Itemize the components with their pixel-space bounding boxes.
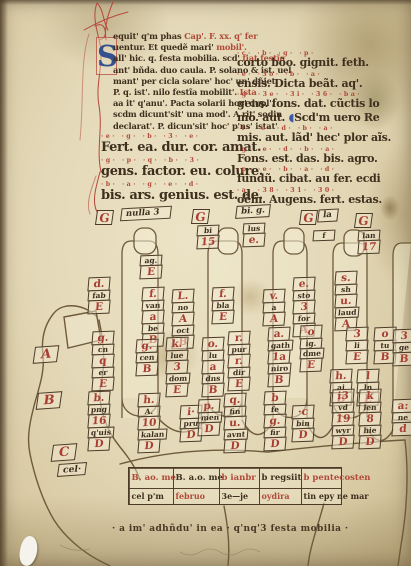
verse-text: ensis. Dicta beãt. aq'. xyxy=(237,78,365,91)
right-text-block: ·c· ·b· ·g· ·p·corto bõo. gignit. feth.·… xyxy=(237,50,365,207)
finger-box-stack: bfeg.firD xyxy=(264,392,286,451)
text-segment: Cap'. F. xx. q' fer xyxy=(184,31,257,41)
gloss-line: ·b· ·a· ·g· ·e· ·d· xyxy=(101,181,235,188)
text-line: scdm dicunt'sit' una mod'. A rit' sodin xyxy=(113,109,235,120)
text-line: mant' per cicla solare' hoc' un' dñiet xyxy=(113,76,235,87)
finger-box: E xyxy=(91,377,114,392)
finger-box: 17 xyxy=(357,240,380,255)
g-letter-box: G xyxy=(354,213,373,228)
finger-box: B xyxy=(392,352,411,367)
finger-box: D xyxy=(197,422,220,437)
finger-box: E xyxy=(139,265,162,280)
finger-box: A xyxy=(262,312,285,327)
verse-line: ·e· ·g· ·b· ·3· ·e·Fert. ea. dur. cor. a… xyxy=(101,133,235,156)
text-segment: all' hic. q. festa mobilia. scd' xyxy=(113,53,242,63)
thumb-letter-box: A xyxy=(33,345,60,364)
text-segment: fundũ. cibat. au fer. ecdi xyxy=(237,172,380,185)
finger-box-stack: oig.dmeE xyxy=(300,326,324,372)
finger-box: D xyxy=(358,435,381,450)
text-segment: mis. aut. lãd' hec' plor aĩs. xyxy=(237,131,391,144)
finger-box-stack: a:ned xyxy=(392,400,411,436)
finger-box: E xyxy=(227,377,250,392)
text-segment: ensis. Dicta beãt. aq'. xyxy=(237,77,362,90)
finger-box: d xyxy=(391,422,411,437)
finger-box-stack: k.lue3domE xyxy=(166,338,190,397)
table-cell: 3e—je xyxy=(219,488,260,505)
finger-box-stack: d.fabE xyxy=(88,278,110,314)
text-segment: Scd'm uero Re xyxy=(294,111,379,124)
finger-box-stack: ag.E xyxy=(140,256,162,279)
text-line: P. q. ist'. nilo festĩa mobilit'. Ista xyxy=(113,87,235,98)
verse-line: ·p· ·e· ·b· ·a· ·d·fundũ. cibat. au fer.… xyxy=(237,166,365,186)
table-cell: B. a.o. me xyxy=(173,468,220,489)
text-segment: gens. fons. dat. cũctis lo xyxy=(237,97,379,110)
gloss-line: ·e· ·g· ·b· ·3· ·e· xyxy=(101,133,235,140)
text-segment: P. q. ist'. nilo festĩa mobilit'. xyxy=(113,87,240,97)
finger-box: 15 xyxy=(196,235,219,250)
finger-box-stack: a.gath1aniroB xyxy=(268,328,293,387)
table-cell: februo xyxy=(173,488,220,505)
pen-trials xyxy=(60,545,260,555)
verse-line: ·b· ·a· ·g· ·e· ·d·bis. ars. genius. est… xyxy=(101,181,235,204)
finger-box: D xyxy=(223,439,246,454)
finger-box-stack: luse. xyxy=(243,224,265,247)
finger-box-stack: g.cenB xyxy=(136,340,158,376)
verse-line: ·e· ·3o· ·b· ·a·ensis. Dicta beãt. aq'. xyxy=(237,71,365,91)
verse-text: mo. aut. ◖Scd'm uero Re xyxy=(237,112,365,125)
table-cell: b regsiit xyxy=(259,468,302,489)
text-line: ant' bñda. duo caula. P. solano & ist. u… xyxy=(113,65,235,76)
g-letter-box: G xyxy=(299,210,318,225)
finger-box: E xyxy=(299,358,322,373)
finger-box: D xyxy=(291,428,314,443)
finger-box-stack: r.purr.dirE xyxy=(228,332,250,391)
table-cell: B. ao. me xyxy=(129,468,174,489)
verse-line: ·g· ·p· ·q· ·b· ·3·gens. factor. eu. col… xyxy=(101,157,235,180)
finger-box: B xyxy=(135,362,158,377)
verse-line: ·f· ·e· ·d· ·b· ·a·mis. aut. lãd' hec' p… xyxy=(237,125,365,145)
finger-box-stack: g.cnqerE xyxy=(92,332,114,391)
finger-box-stack: 3liE xyxy=(346,328,368,364)
finger-box-stack: i3vd19wyrD xyxy=(332,390,354,449)
caption: · a im' adhñdu' in ea · q'nq'3 festa mob… xyxy=(112,524,348,534)
text-segment: corto bõo. gignit. feth. xyxy=(237,56,369,69)
verse-line: mo. aut. ◖Scd'm uero Re xyxy=(237,112,365,125)
left-text-block: equit' q'm phas Cap'. F. xx. q' feruentu… xyxy=(113,31,235,132)
finger-box-stack: ·cbinD xyxy=(292,406,314,442)
finger-box: D xyxy=(87,437,110,452)
verse-text: gens. fons. dat. cũctis lo xyxy=(237,98,365,111)
text-segment: Fons. est. das. bis. agro. xyxy=(237,152,378,165)
g-letter-box: G xyxy=(95,210,114,225)
text-line: aa it' q'anu'. Pacta solarii hoc' dupl'. xyxy=(113,98,235,109)
verse-text: fundũ. cibat. au fer. ecdi xyxy=(237,173,365,186)
text-segment: uentur. Et quedẽ mari' xyxy=(113,42,216,52)
finger-box: E xyxy=(345,350,368,365)
finger-box-stack: klen8hieD xyxy=(359,390,381,449)
thumb-letter-box: C xyxy=(51,443,78,462)
table-cell: oydira xyxy=(259,488,302,505)
verse-line: ·g· ·e· ·d· ·b· ·a·Fons. est. das. bis. … xyxy=(237,146,365,166)
finger-box: f xyxy=(312,230,335,242)
text-segment: equit' q'm phas xyxy=(113,31,184,41)
g-letter-box: G xyxy=(191,209,210,224)
finger-box: B xyxy=(267,373,290,388)
finger-box-stack: s.shu.laudA xyxy=(335,272,359,331)
finger-top-box: bi. g. xyxy=(235,204,271,219)
table-cell: b ianbr xyxy=(219,468,260,489)
thumb-letter-box: cel· xyxy=(57,462,87,477)
finger-box-stack: lan17 xyxy=(358,231,380,254)
finger-box-stack: h.A.10kalanD xyxy=(138,394,167,453)
verse-text: bis. ars. genius. est. de. xyxy=(101,188,235,204)
verse-line: ·g· ·3e· ·3i· ·36· ·ba·gens. fons. dat. … xyxy=(237,91,365,111)
table-cell: cel p'm xyxy=(129,488,174,505)
finger-box-stack: q.finu.avntD xyxy=(224,394,248,453)
text-segment: mo. aut. xyxy=(237,111,289,124)
verse-text: gens. factor. eu. colure. xyxy=(101,164,235,180)
finger-top-box: nulla 3 xyxy=(120,206,172,222)
left-verse-block: ·e· ·g· ·b· ·3· ·e·Fert. ea. dur. cor. a… xyxy=(101,133,235,205)
finger-box-stack: p.menD xyxy=(198,400,222,436)
text-line: all' hic. q. festa mobilia. scd' fiat fe… xyxy=(113,53,235,64)
table-cell: tin epy ne mar xyxy=(301,488,342,505)
verse-text: Fert. ea. dur. cor. amat. xyxy=(101,140,235,156)
text-segment: oẽm. Augens. fert. estas. xyxy=(237,193,382,206)
finger-box: D xyxy=(137,439,160,454)
finger-box-stack: 3geB xyxy=(393,330,411,366)
finger-box-stack: bi15 xyxy=(197,226,219,249)
finger-box: e. xyxy=(242,233,265,248)
manuscript-page: S equit' q'm phas Cap'. F. xx. q' feruen… xyxy=(0,0,411,566)
finger-box: B xyxy=(201,383,224,398)
verse-line: ·c· ·b· ·g· ·p·corto bõo. gignit. feth. xyxy=(237,50,365,70)
finger-box: E xyxy=(165,383,188,398)
table-cell: b pentecosten xyxy=(301,468,342,489)
finger-box-stack: b.png16q'uisD xyxy=(88,392,114,451)
verse-text: mis. aut. lãd' hec' plor aĩs. xyxy=(237,132,365,145)
finger-box-stack: f xyxy=(313,231,335,241)
thumb-letter-box: B xyxy=(36,391,63,410)
feast-table: B. ao. meB. a.o. meb ianbrb regsiitb pen… xyxy=(128,467,342,505)
gloss-line: ·g· ·p· ·q· ·b· ·3· xyxy=(101,157,235,164)
verse-line: ·a· ·38· ·31· ·30·oẽm. Augens. fert. est… xyxy=(237,187,365,207)
finger-box-stack: o.luadnsB xyxy=(202,338,224,397)
verse-text: corto bõo. gignit. feth. xyxy=(237,57,365,70)
text-line: uentur. Et quedẽ mari' mobil'. xyxy=(113,42,235,53)
finger-box-stack: v.aA xyxy=(263,290,285,326)
finger-box: E xyxy=(87,300,110,315)
verse-text: Fons. est. das. bis. agro. xyxy=(237,153,365,166)
finger-box: E xyxy=(211,310,234,325)
finger-box: D xyxy=(263,437,286,452)
text-line: equit' q'm phas Cap'. F. xx. q' fer xyxy=(113,31,235,42)
text-line: declarat'. P. dicun'sit' hoc' p'ns' ista… xyxy=(113,121,235,132)
finger-top-box: la xyxy=(317,208,339,222)
finger-box-stack: f.blaE xyxy=(212,288,234,324)
finger-box: D xyxy=(331,435,354,450)
